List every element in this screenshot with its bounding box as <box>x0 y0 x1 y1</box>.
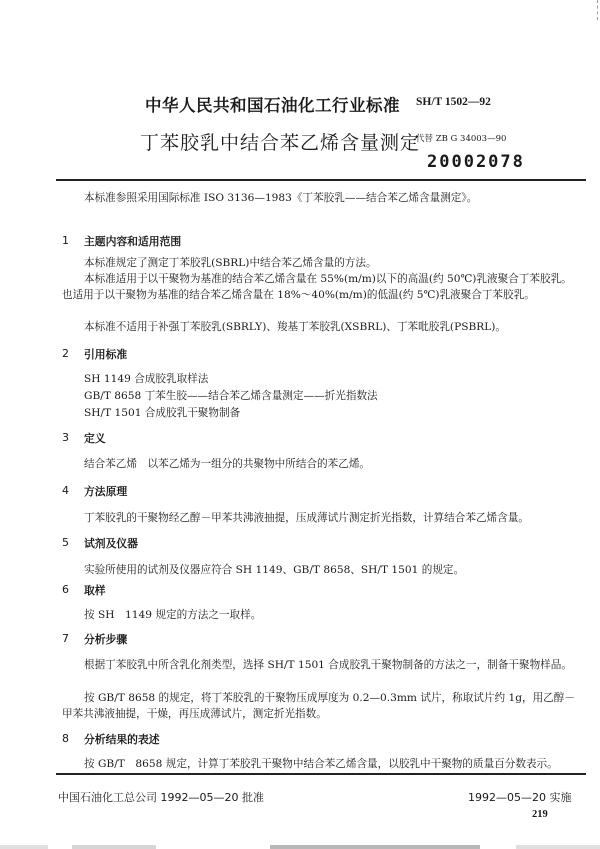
reference-item: SH 1149 合成胶乳取样法 <box>84 371 208 387</box>
section-7-number: 7 <box>62 632 69 645</box>
section-8-title: 分析结果的表述 <box>84 732 160 747</box>
section-2-title: 引用标准 <box>84 347 127 362</box>
section-6-title: 取样 <box>84 583 106 598</box>
standard-number: SH/T 1502—92 <box>416 96 491 108</box>
section-7-para-1: 根据丁苯胶乳中所含乳化剂类型，选择 SH/T 1501 合成胶乳干聚物制备的方法… <box>62 657 582 673</box>
section-1-para-2: 本标准适用于以干聚物为基准的结合苯乙烯含量在 55%(m/m)以下的高温(约 5… <box>62 271 582 303</box>
section-6-para-1: 按 SH 1149 规定的方法之一取样。 <box>84 607 261 623</box>
approval-line: 中国石油化工总公司 1992—05—20 批准 <box>58 789 264 805</box>
section-8-number: 8 <box>62 732 69 745</box>
section-5-para-1: 实验所使用的试剂及仪器应符合 SH 1149、GB/T 8658、SH/T 15… <box>84 562 464 578</box>
section-4-number: 4 <box>62 484 69 497</box>
footer-divider <box>56 773 586 775</box>
header-divider <box>56 179 586 181</box>
scan-artifact <box>583 0 598 20</box>
section-5-title: 试剂及仪器 <box>84 536 138 551</box>
replaces-standard: 代替 ZB G 34003—90 <box>416 132 506 144</box>
serial-number: 20002078 <box>427 152 525 172</box>
section-1-title: 主题内容和适用范围 <box>84 234 181 249</box>
standard-organization: 中华人民共和国石油化工行业标准 <box>145 92 400 116</box>
intro-text: 本标准参照采用国际标准 ISO 3136—1983《丁苯胶乳——结合苯乙烯含量测… <box>84 190 477 206</box>
section-8-para-1: 按 GB/T 8658 规定，计算丁苯胶乳干聚物中结合苯乙烯含量，以胶乳中干聚物… <box>84 756 558 772</box>
section-4-para-1: 丁苯胶乳的干聚物经乙醇－甲苯共沸液抽提，压成薄试片测定折光指数，计算结合苯乙烯含… <box>84 510 529 526</box>
section-7-title: 分析步骤 <box>84 632 127 647</box>
section-3-title: 定义 <box>84 431 106 446</box>
section-4-title: 方法原理 <box>84 484 127 499</box>
section-2-number: 2 <box>62 347 69 360</box>
implementation-date: 1992—05—20 实施 <box>468 789 572 805</box>
section-1-number: 1 <box>62 234 69 247</box>
reference-item: SH/T 1501 合成胶乳干聚物制备 <box>84 405 240 421</box>
scan-artifact-bottom <box>0 845 600 849</box>
section-7-para-2: 按 GB/T 8658 的规定，将丁苯胶乳的干聚物压成厚度为 0.2—0.3mm… <box>62 690 582 722</box>
section-5-number: 5 <box>62 536 69 549</box>
document-title: 丁苯胶乳中结合苯乙烯含量测定 <box>140 128 420 155</box>
section-1-para-1: 本标准规定了测定丁苯胶乳(SBRL)中结合苯乙烯含量的方法。 <box>62 255 582 271</box>
section-3-para-1: 结合苯乙烯 以苯乙烯为一组分的共聚物中所结合的苯乙烯。 <box>84 456 370 472</box>
reference-item: GB/T 8658 丁苯生胶——结合苯乙烯含量测定——折光指数法 <box>84 388 378 404</box>
section-1-para-3: 本标准不适用于补强丁苯胶乳(SBRLY)、羧基丁苯胶乳(XSBRL)、丁苯吡胶乳… <box>62 319 582 335</box>
page-number: 219 <box>532 809 548 820</box>
section-3-number: 3 <box>62 431 69 444</box>
section-6-number: 6 <box>62 583 69 596</box>
